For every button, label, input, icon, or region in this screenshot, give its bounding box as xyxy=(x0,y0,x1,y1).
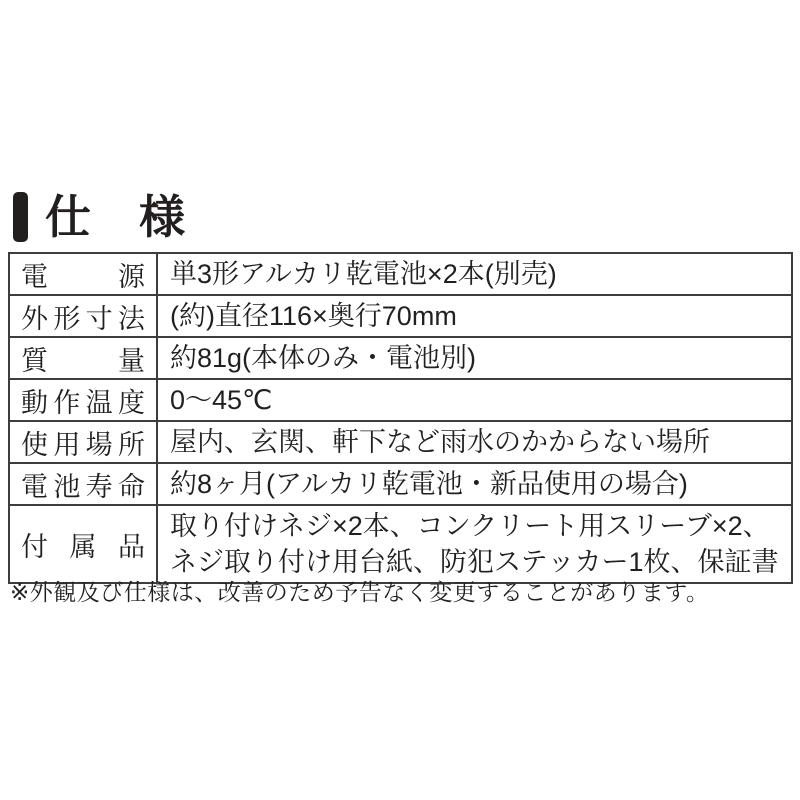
spec-value: 単3形アルカリ乾電池×2本(別売) xyxy=(157,253,792,295)
spec-label: 外形寸法 xyxy=(9,295,157,337)
product-spec-sheet: 仕 様 電源 単3形アルカリ乾電池×2本(別売) 外形寸法 (約)直径116×奥… xyxy=(0,0,800,800)
spec-value: (約)直径116×奥行70mm xyxy=(157,295,792,337)
table-row-usage-location: 使用場所 屋内、玄関、軒下など雨水のかからない場所 xyxy=(9,421,792,463)
spec-label: 動作温度 xyxy=(9,379,157,421)
disclaimer-footnote: ※外観及び仕様は、改善のため予告なく変更することがあります。 xyxy=(10,576,709,608)
spec-label: 使用場所 xyxy=(9,421,157,463)
title-accent-bar xyxy=(13,192,28,242)
table-row-power: 電源 単3形アルカリ乾電池×2本(別売) xyxy=(9,253,792,295)
spec-value: 0〜45℃ xyxy=(157,379,792,421)
spec-label: 付属品 xyxy=(9,505,157,583)
page-title: 仕 様 xyxy=(45,194,186,240)
spec-value: 約81g(本体のみ・電池別) xyxy=(157,337,792,379)
spec-label: 電源 xyxy=(9,253,157,295)
spec-value: 屋内、玄関、軒下など雨水のかからない場所 xyxy=(157,421,792,463)
spec-value: 約8ヶ月(アルカリ乾電池・新品使用の場合) xyxy=(157,463,792,505)
table-row-dimensions: 外形寸法 (約)直径116×奥行70mm xyxy=(9,295,792,337)
table-row-battery-life: 電池寿命 約8ヶ月(アルカリ乾電池・新品使用の場合) xyxy=(9,463,792,505)
spec-table: 電源 単3形アルカリ乾電池×2本(別売) 外形寸法 (約)直径116×奥行70m… xyxy=(8,252,793,584)
spec-label: 質量 xyxy=(9,337,157,379)
table-row-weight: 質量 約81g(本体のみ・電池別) xyxy=(9,337,792,379)
spec-value: 取り付けネジ×2本、コンクリート用スリーブ×2、ネジ取り付け用台紙、防犯ステッカ… xyxy=(157,505,792,583)
section-header: 仕 様 xyxy=(13,190,186,244)
spec-label: 電池寿命 xyxy=(9,463,157,505)
table-row-operating-temperature: 動作温度 0〜45℃ xyxy=(9,379,792,421)
table-row-accessories: 付属品 取り付けネジ×2本、コンクリート用スリーブ×2、ネジ取り付け用台紙、防犯… xyxy=(9,505,792,583)
